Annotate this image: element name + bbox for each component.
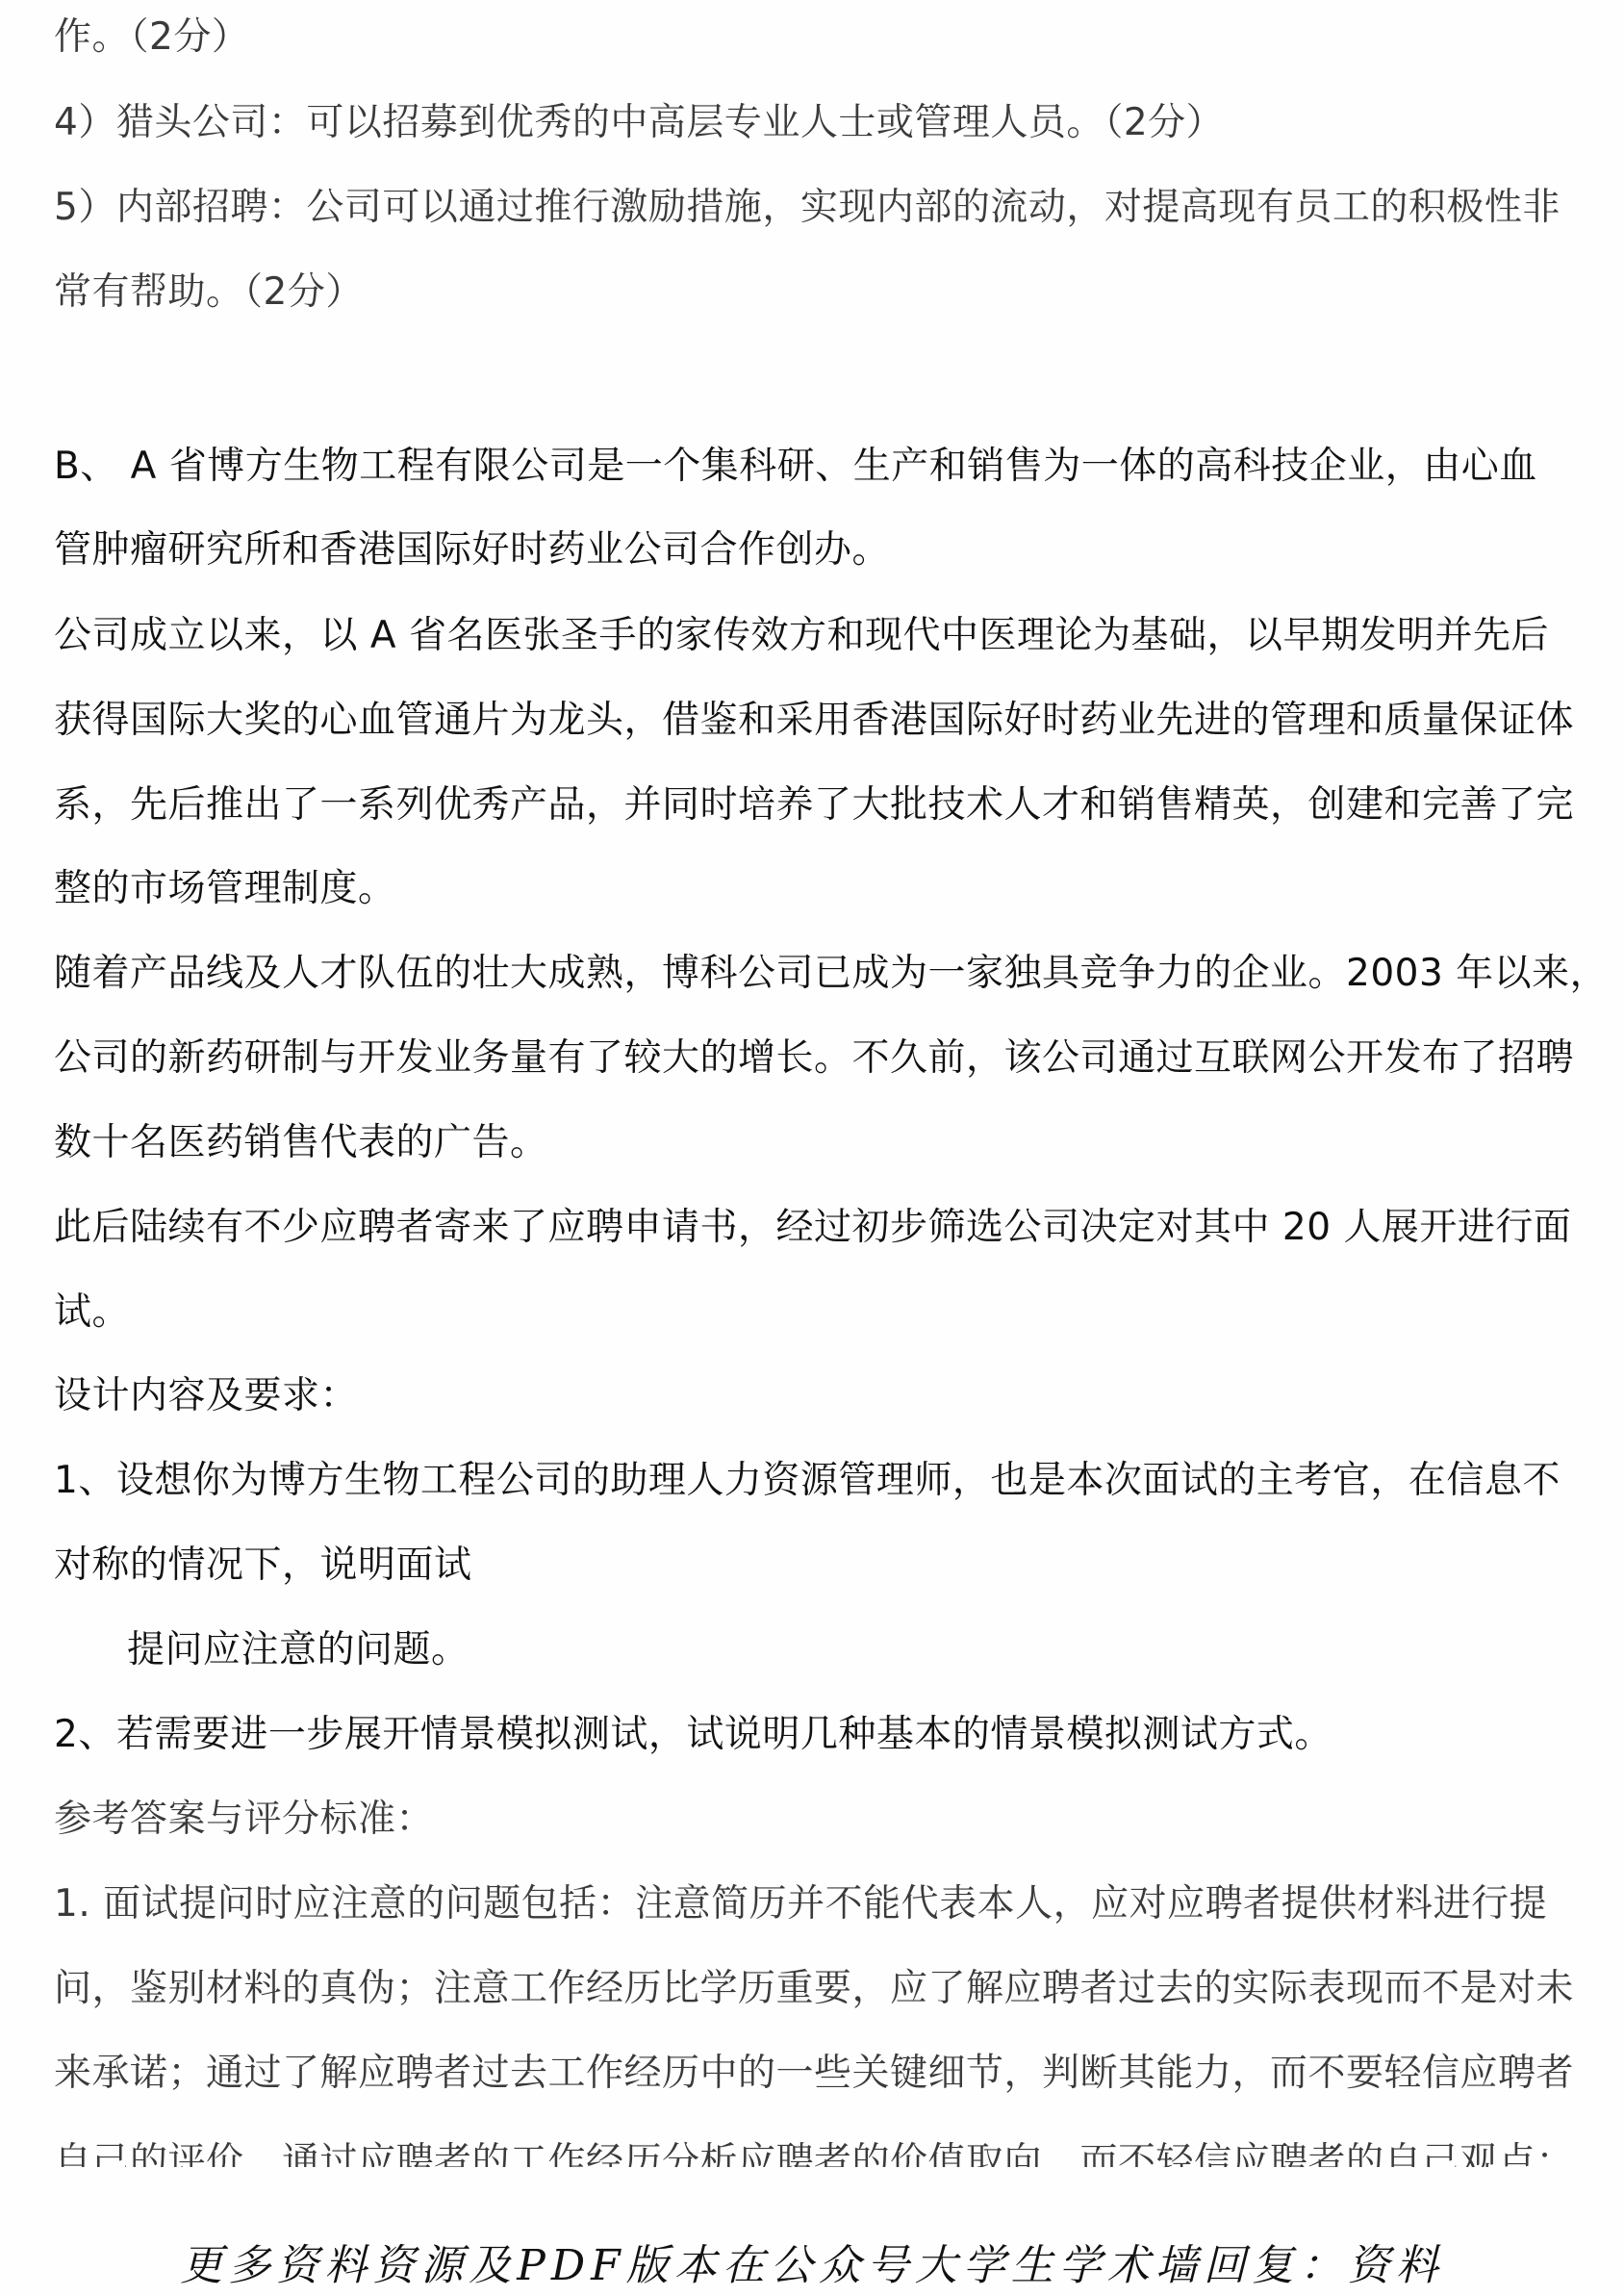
case-b-para4-line-1: 此后陆续有不少应聘者寄来了应聘申请书，经过初步筛选公司决定对其中 20 人展开进… — [54, 1204, 1571, 1252]
case-b-para2-line-1: 公司成立以来，以 A 省名医张圣手的家传效方和现代中医理论为基础，以早期发明并先… — [54, 612, 1549, 660]
answer-1-line-4-cutoff: 自己的评价，通过应聘者的工作经历分析应聘者的价值取向，而不轻信应聘者的自己观点； — [54, 2138, 1574, 2167]
case-b-para4-line-2: 试。 — [54, 1288, 130, 1337]
prev-item-4-headhunter: 4）猎头公司：可以招募到优秀的中高层专业人士或管理人员。（2分） — [54, 99, 1224, 147]
case-b-para2-line-2: 获得国际大奖的心血管通片为龙头，借鉴和采用香港国际好时药业先进的管理和质量保证体 — [54, 697, 1574, 745]
case-b-para2-line-3: 系，先后推出了一系列优秀产品，并同时培养了大批技术人才和销售精英，创建和完善了完 — [54, 781, 1574, 829]
case-b-para2-line-4: 整的市场管理制度。 — [54, 865, 396, 913]
requirements-heading: 设计内容及要求： — [54, 1372, 358, 1420]
answer-1-line-1: 1. 面试提问时应注意的问题包括：注意简历并不能代表本人，应对应聘者提供材料进行… — [54, 1880, 1547, 1928]
case-b-intro-line-2: 管肿瘤研究所和香港国际好时药业公司合作创办。 — [54, 526, 890, 574]
footer-watermark: 更多资料资源及PDF版本在公众号大学生学术墙回复：资料 — [0, 2231, 1624, 2292]
case-b-para3-line-3: 数十名医药销售代表的广告。 — [54, 1119, 548, 1167]
case-b-para3-line-1: 随着产品线及人才队伍的壮大成熟，博科公司已成为一家独具竞争力的企业。2003 年… — [54, 950, 1608, 998]
prev-item-5-internal-recruitment: 5）内部招聘：公司可以通过推行激励措施，实现内部的流动，对提高现有员工的积极性非 — [54, 184, 1561, 232]
question-1-line-3: 提问应注意的问题。 — [127, 1626, 469, 1674]
case-b-para3-line-2: 公司的新药研制与开发业务量有了较大的增长。不久前，该公司通过互联网公开发布了招聘 — [54, 1034, 1574, 1083]
prev-item-5-continuation: 常有帮助。（2分） — [54, 268, 364, 317]
question-1-line-2: 对称的情况下，说明面试 — [54, 1542, 472, 1590]
case-b-intro-line-1: B、 A 省博方生物工程有限公司是一个集科研、生产和销售为一体的高科技企业，由心… — [54, 443, 1537, 491]
prev-item-continuation: 作。（2分） — [54, 13, 249, 62]
answer-1-line-4-text: 自己的评价，通过应聘者的工作经历分析应聘者的价值取向，而不轻信应聘者的自己观点； — [54, 2138, 1574, 2167]
document-page: 作。（2分） 4）猎头公司：可以招募到优秀的中高层专业人士或管理人员。（2分） … — [0, 0, 1624, 2296]
answer-heading: 参考答案与评分标准： — [54, 1796, 434, 1844]
answer-1-line-3: 来承诺；通过了解应聘者过去工作经历中的一些关键细节，判断其能力，而不要轻信应聘者 — [54, 2050, 1574, 2098]
answer-1-line-2: 问，鉴别材料的真伪；注意工作经历比学历重要，应了解应聘者过去的实际表现而不是对未 — [54, 1965, 1574, 2013]
question-1-line-1: 1、设想你为博方生物工程公司的助理人力资源管理师，也是本次面试的主考官，在信息不 — [54, 1457, 1561, 1505]
question-2: 2、若需要进一步展开情景模拟测试，试说明几种基本的情景模拟测试方式。 — [54, 1711, 1332, 1759]
